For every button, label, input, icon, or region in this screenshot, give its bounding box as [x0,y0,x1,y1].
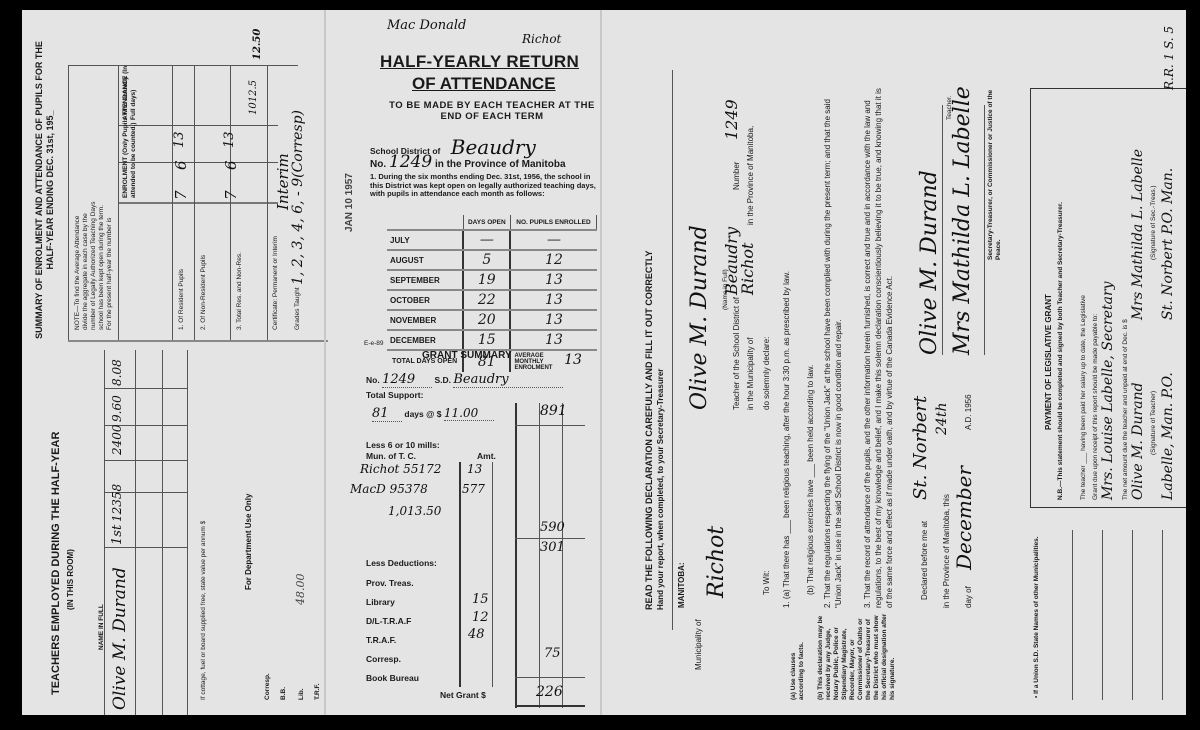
days: 5 [463,250,510,270]
month-value: December [952,466,976,570]
municipality-label: Municipality of [694,619,703,670]
grant-sd-value: Beaudry [453,372,563,388]
deduction-traf: T.R.A.F. [366,635,396,645]
month: OCTOBER [387,290,463,310]
grid-line [68,65,298,66]
declared-label: Declared before me at [920,521,929,600]
total-girls: 6 [222,160,240,170]
pupils: 13 [510,310,596,330]
pupils: — [510,230,596,250]
total-aggregate: 1012.5 [248,80,259,115]
solemnly-declare: do solemnly declare: [762,337,771,410]
mills-col-line [492,462,493,687]
table-row: NOVEMBER2013 [387,310,597,330]
grid-line [267,65,268,340]
col-name: NAME IN FULL [98,604,105,650]
fold-line [600,10,602,715]
declaration-subheading: Hand your report, when completed, to you… [656,369,665,610]
total-support-label: Total Support: [366,390,423,400]
teacher-paid-text: The teacher ___ having been paid her sal… [1080,295,1087,500]
teacher-number-label: Number [732,162,741,190]
month: AUGUST [387,250,463,270]
secretary-sig-label: Secretary-Treasurer, or Commissioner or … [987,80,1003,260]
municipality-line [1162,530,1163,700]
ad-year: A.D. 1956 [964,394,973,430]
dept-use-title: For Department Use Only [244,494,253,590]
grid-line [104,388,187,389]
month: JULY [387,230,463,250]
grid-line [172,65,173,340]
municipality-value: Richot [704,526,729,598]
deductions-label: Less Deductions: [366,558,437,568]
row-label-resident: 1. Of Resident Pupils [178,269,185,330]
teacher-cert-no: 12358 [110,484,124,522]
row-label-total: 3. Total Res. and Non-Res. [236,252,243,330]
teacher-deducted: 9.60 [110,395,124,422]
cottage-note: If cottage, fuel or board supplied free,… [200,521,207,700]
deduction-corresp: Corresp. [366,654,401,664]
grid-line [118,202,278,204]
table-row: DECEMBER1513 [387,330,597,350]
clause-2: 2. That the regulations respecting the f… [822,88,844,608]
deduction-corresp-value: 75 [544,646,561,661]
secretary-signature: Mrs Mathilda L. Labelle [950,86,975,355]
number-value: 1249 [389,152,432,172]
mills-amt-2: 577 [462,482,485,496]
day-of-label: day of [964,586,973,608]
form-subtitle: TO BE MADE BY EACH TEACHER AT THE END OF… [382,100,602,122]
grid-line [194,65,195,340]
number-row: No. 1249 in the Province of Manitoba [370,152,566,172]
rural-route: R.R. 1 S. 5 [1162,26,1176,90]
certificate-label: Certificate: Permanent or Interim [272,236,279,330]
after-mills: 301 [540,540,565,555]
table-row: JULY—— [387,230,597,250]
signature-line [984,105,985,355]
grant-row-line [515,425,585,426]
deduction-library-value: 15 [472,592,489,607]
declaration-heading: READ THE FOLLOWING DECLARATION CAREFULLY… [644,251,654,611]
mills-amt-1: 13 [467,462,482,476]
left-panel: SUMMARY OF ENROLMENT AND ATTENDANCE OF P… [22,10,322,715]
net-grant-label: Net Grant $ [440,690,486,700]
table-row: AUGUST512 [387,250,597,270]
pupils: 13 [510,290,596,310]
table-row: SEPTEMBER1913 [387,270,597,290]
dept-bb: B.B. [280,687,287,700]
signature-line [942,105,943,355]
declared-place: St. Norbert [910,396,931,500]
header-blank [387,215,463,230]
annotation-richot: Richot [522,32,561,46]
row-label-nonresident: 2. Of Non-Resident Pupils [200,255,207,330]
teacher-class: 1st [110,525,125,545]
total-boys: 7 [222,190,240,200]
grant-no-value: 1249 [382,372,432,388]
teacher-trf: 8.08 [110,359,124,386]
grant-col-line [562,403,563,708]
deduction-dl-traf: D/L-T.R.A.F [366,616,411,626]
municipality-line [1102,530,1103,700]
summary-title: SUMMARY OF ENROLMENT AND ATTENDANCE OF P… [34,40,56,340]
total-average: 12.50 [252,29,263,60]
pupils: 12 [510,250,596,270]
attendance-return-document: SUMMARY OF ENROLMENT AND ATTENDANCE OF P… [22,10,1186,715]
annotation-macdonald: Mac Donald [387,18,466,33]
mills-mun-1: Richot 55172 [360,462,441,476]
grid-line [135,350,136,715]
mills-mun-2: MacD 95378 [350,482,428,496]
side-note-b: (b) This declaration may be received by … [817,610,897,700]
table-row: OCTOBER2213 [387,290,597,310]
total-support-amount: 891 [540,403,567,419]
days: 15 [463,330,510,350]
in-municipality-value: Richot [738,243,757,296]
province-of-manitoba: in the Province of Manitoba, [746,126,755,225]
municipality-line [1072,530,1073,700]
form-title-line1: HALF-YEARLY RETURN [380,52,579,72]
days-value: 81 [372,406,402,422]
number-label: No. [370,159,386,170]
deduction-book-bureau: Book Bureau [366,673,419,683]
teacher-name: Olive M. Durand [110,567,130,710]
grid-line [68,65,69,340]
union-sd-note: • If a Union S.D. State Names of other M… [1032,528,1041,698]
grades-label: Grades Taught [294,287,301,330]
dept-lib: Lib. [298,688,305,700]
grid-line [118,125,278,126]
grant-due-text: Grant due upon receipt of this report sh… [1092,314,1099,500]
teachers-title: TEACHERS EMPLOYED DURING THE HALF-YEAR [50,432,62,695]
grant-col-line [515,403,517,708]
attendance-table: DAYS OPEN NO. PUPILS ENROLLED JULY—— AUG… [387,215,597,372]
dept-trf: T.R.F. [314,683,321,700]
grid-line [187,350,188,715]
net-amount-text: The net amount due the teacher and unpai… [1122,319,1129,500]
deduction-traf-value: 48 [468,627,485,642]
resident-total: 13 [172,131,187,148]
grant-secretary-po: St. Norbert P.O. Man. [1160,168,1176,320]
grant-secretary-signature: Mrs Mathilda L. Labelle [1130,149,1146,320]
grades-value: 1, 2, 3, 4, 6, - 9(Corresp) [290,110,306,285]
month: SEPTEMBER [387,270,463,290]
in-municipality-label: in the Municipality of [746,338,755,410]
deduction-prov-treas: Prov. Treas. [366,578,414,588]
teachers-subtitle: (IN THIS ROOM) [66,549,75,610]
grant-row-line [515,677,585,678]
grant-row-line [515,538,585,539]
rate-value: 11.00 [444,406,494,421]
province-this: in the Province of Manitoba, this [942,494,951,608]
side-note-a: (a) Use clauses according to facts. [790,640,806,700]
net-grant-underline [515,705,585,707]
teacher-signature: Olive M. Durand [917,170,942,355]
days: 20 [463,310,510,330]
pupils: 13 [510,330,596,350]
form-title-line2: OF ATTENDANCE [412,74,556,94]
month: DECEMBER [387,330,463,350]
less-mills-label: Less 6 or 10 mills: [366,440,440,450]
grant-sd-label: S.D. [434,375,451,385]
payable-to: Mrs. Louise Labelle, Secretary [1100,281,1116,500]
grant-col-line [539,403,540,708]
legislative-nb: N.B.—This statement should be completed … [1056,100,1065,500]
amt-label: Amt. [477,451,496,461]
mun-label: Mun. of T. C. [366,451,416,461]
summary-note: NOTE—To find the Average Attendance divi… [74,200,114,330]
teacher-salary: 2400 [110,424,124,455]
days: 19 [463,270,510,290]
grid-line [104,460,187,461]
received-stamp: JAN 10 1957 [344,173,355,232]
province-label: MANITOBA: [677,562,686,608]
deduction-library: Library [366,597,395,607]
resident-boys: 7 [172,190,190,200]
grid-line [104,547,187,548]
dept-lib-value: 48.00 [294,574,307,606]
grid-line [162,350,163,715]
grid-line [104,350,105,715]
to-wit: To Wit: [762,571,771,595]
form-code: E-e-89 [364,340,384,347]
province-label: in the Province of Manitoba [435,159,566,170]
pupils: 13 [510,270,596,290]
teacher-of-label: Teacher of the School District of [732,297,741,410]
net-grant-value: 226 [536,684,563,700]
fold-line [324,10,326,715]
days-label: days @ $ [404,409,441,419]
avg-value: 13 [564,352,582,368]
avg-label: AVERAGE MONTHLY ENROLMENT [514,353,562,371]
days-rate-row: 81 days @ $ 11.00 [372,406,494,422]
grid-line [118,65,119,340]
grant-secretary-sig-label: (Signature of Sec.-Treas.) [1150,185,1157,260]
total-total: 13 [222,131,237,148]
day-value: 24th [934,403,950,435]
mills-col-line [459,462,461,687]
grid-line [118,162,278,163]
clause-1b: (b) That religious exercises have ___ be… [806,365,815,595]
grant-teacher-sig-label: (Signature of Teacher) [1150,391,1157,455]
deduction-dl-traf-value: 12 [472,610,489,625]
mills-total: 590 [540,520,565,535]
declaration-border [672,70,673,630]
avg-cell: AVERAGE MONTHLY ENROLMENT 13 [510,350,596,372]
header-days-open: DAYS OPEN [463,215,510,230]
dept-corresp: Corresp. [264,673,271,700]
clause-3: 3. That the record of attendance of the … [862,88,895,608]
grid-line [68,340,328,342]
legislative-grant-title: PAYMENT OF LEGISLATIVE GRANT [1044,294,1053,430]
grant-teacher-signature: Olive M. Durand [1130,382,1146,500]
grant-teacher-po: Labelle, Man. P.O. [1160,372,1176,500]
month: NOVEMBER [387,310,463,330]
teacher-number-value: 1249 [722,99,741,140]
mills-mun-3: 1,013.50 [388,504,441,518]
header-pupils: NO. PUPILS ENROLLED [510,215,596,230]
days: 22 [463,290,510,310]
attendance-header: ATTENDANCE (In Full days) [122,60,138,120]
grant-no-label: No. [366,375,380,385]
grant-summary-title: GRANT SUMMARY [422,350,512,361]
days: — [463,230,510,250]
municipality-line [1132,530,1133,700]
declarant-name: Olive M. Durand [687,225,712,410]
grid-line [230,65,231,340]
resident-girls: 6 [172,160,190,170]
clause-1a: 1. (a) That there has ___ been religious… [782,271,791,608]
grant-no-row: No. 1249 S.D. Beaudry [366,372,563,388]
intro-text: 1. During the six months ending Dec. 31s… [370,173,600,199]
